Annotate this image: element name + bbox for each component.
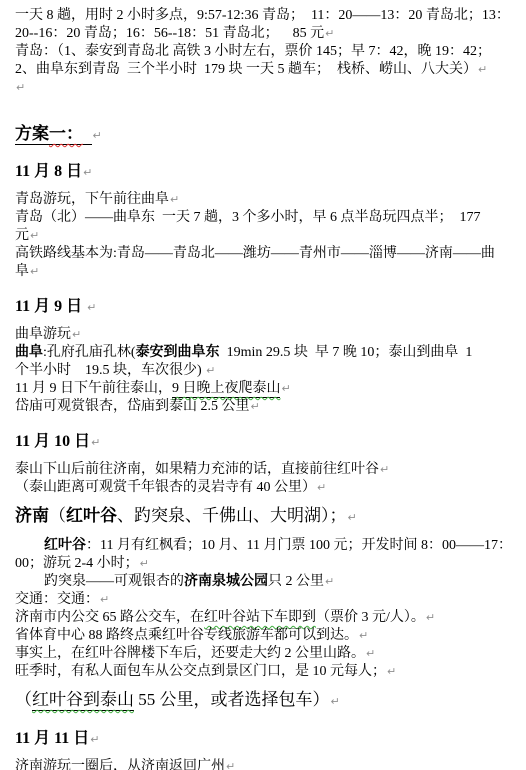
paragraph-mark-icon: ↵ [316,481,326,494]
text-line: 阜↵ [15,263,521,281]
text-line: 一天 8 趟，用时 2 小时多点，9:57-12:36 青岛； 11：20——1… [15,7,521,25]
text-segment: 00；游玩 2-4 小时； [15,556,139,571]
date-heading: 11 月 8 日↵ [15,162,521,183]
text-segment: 曲阜游玩 [15,327,71,342]
text-segment: 岱庙可观赏银杏，岱庙到泰山 2.5 公里 [15,399,250,414]
text-segment: 青岛游玩，下午前往曲阜 [15,192,169,207]
text-line: 2、曲阜东到青岛 三个半小时 179 块 一天 5 趟车； 栈桥、崂山、八大关）… [15,61,521,79]
text-segment: 高铁路线基本为:青岛——青岛北——潍坊——青州市——淄博——济南——曲 [15,246,495,261]
paragraph-mark-icon: ↵ [82,166,92,179]
text-segment: 泰安到曲阜东 [136,345,220,360]
text-line: 曲阜:孔府孔庙孔林(泰安到曲阜东 19min 29.5 块 早 7 晚 10；泰… [15,344,521,362]
text-segment: 20--16：20 青岛；16：56--18：51 青岛北； 85 元 [15,26,324,41]
text-segment: 11 月 9 日下午前往泰山， [15,381,172,396]
paragraph-mark-icon: ↵ [379,463,389,476]
text-segment: （ [15,690,32,709]
text-line: 济南市内公交 65 路公交车，在红叶谷站下车即到（票价 3 元/人）。↵ [15,609,521,627]
text-segment: 元 [15,228,29,243]
paragraph-mark-icon: ↵ [347,511,357,524]
document-body: 一天 8 趟，用时 2 小时多点，9:57-12:36 青岛； 11：20——1… [15,7,521,770]
text-segment: 济南 [15,506,49,525]
date-heading: 11 月 11 日↵ [15,729,521,750]
text-segment: 红叶谷 [44,538,86,553]
text-line: 11 月 9 日下午前往泰山，9 日晚上夜爬泰山↵ [15,380,521,398]
text-segment: 方案 [15,124,49,145]
text-line: 交通：交通：↵ [15,591,521,609]
text-segment: 19min 29.5 块 早 7 晚 10；泰山到曲阜 1 [220,345,473,360]
text-segment: 2、曲阜东到青岛 三个半小时 179 块 一天 5 趟车； 栈桥、崂山、八大关） [15,62,477,77]
paragraph-mark-icon: ↵ [324,575,334,588]
paragraph-mark-icon: ↵ [205,364,215,377]
paragraph-mark-icon: ↵ [330,695,340,708]
empty-line: ↵ [15,79,521,97]
text-segment: 红叶谷站下车即到 [204,610,316,625]
paragraph-mark-icon: ↵ [225,760,235,770]
text-segment: :孔府孔庙孔林( [43,345,136,360]
text-segment: 11 月 9 日 [15,298,86,315]
paragraph-mark-icon: ↵ [280,382,290,395]
text-line: 20--16：20 青岛；16：56--18：51 青岛北； 85 元↵ [15,25,521,43]
text-segment: 青岛（北）——曲阜东 一天 7 趟，3 个多小时，早 6 点半岛玩四点半； 17… [15,210,481,225]
text-line: 元↵ [15,227,521,245]
text-segment: 事实上，在红叶谷牌楼下车后，还要走大约 2 公里山路。 [15,646,365,661]
text-line: 事实上，在红叶谷牌楼下车后，还要走大约 2 公里山路。↵ [15,645,521,663]
text-segment: 11 月 8 日 [15,163,82,180]
text-line: 青岛：（1、泰安到青岛北 高铁 3 小时左右，票价 145；早 7：42，晚 1… [15,43,521,61]
text-segment: 阜 [15,264,29,279]
text-segment: 青岛：（1、泰安到青岛北 高铁 3 小时左右，票价 145；早 7：42，晚 1… [15,44,491,59]
text-line: 00；游玩 2-4 小时；↵ [15,555,521,573]
paragraph-mark-icon: ↵ [90,436,100,449]
paragraph-mark-icon: ↵ [71,328,81,341]
paragraph-mark-icon: ↵ [29,265,39,278]
text-line: 曲阜游玩↵ [15,326,521,344]
text-segment: 济南泉城公园 [184,574,268,589]
text-line: 青岛游玩，下午前往曲阜↵ [15,191,521,209]
text-segment: 个半小时 19.5 块，车次很少) [15,363,205,378]
text-segment: 曲阜 [15,345,43,360]
text-line: （泰山距离可观赏千年银杏的灵岩寺有 40 公里）↵ [15,479,521,497]
paragraph-mark-icon: ↵ [358,629,368,642]
date-heading: 11 月 9 日 ↵ [15,297,521,318]
text-segment: （ [49,506,66,525]
text-line: 济南游玩一圈后，从济南返回广州↵ [15,758,521,770]
text-line: 省体育中心 88 路终点乘红叶谷专线旅游车都可以到达。↵ [15,627,521,645]
text-segment: 红叶谷 [66,506,117,525]
text-line: 个半小时 19.5 块，车次很少) ↵ [15,362,521,380]
text-segment: 泰山下山后前往济南，如果精力充沛的话，直接前往红叶谷 [15,462,379,477]
paragraph-mark-icon: ↵ [92,129,102,142]
text-segment: 省体育中心 88 路终点乘红叶谷专线旅游车都可以到达。 [15,628,358,643]
text-segment: （票价 3 元/人）。 [316,610,425,625]
text-segment: 9 日晚上夜爬泰山 [172,381,281,398]
paragraph-mark-icon: ↵ [477,63,487,76]
highlight-line: 济南（红叶谷、趵突泉、千佛山、大明湖）；↵ [15,505,521,529]
paragraph-mark-icon: ↵ [15,81,25,94]
paragraph-mark-icon: ↵ [386,665,396,678]
paragraph-mark-icon: ↵ [99,593,109,606]
text-line: 红叶谷：11 月有红枫看；10 月、11 月门票 100 元；开发时间 8：00… [15,537,521,555]
paragraph-mark-icon: ↵ [324,27,334,40]
text-segment: ：11 月有红枫看；10 月、11 月门票 100 元；开发时间 8：00——1… [86,538,512,553]
text-line: 旺季时，有私人面包车从公交点到景区门口，是 10 元每人；↵ [15,663,521,681]
paragraph-mark-icon: ↵ [89,733,99,746]
text-segment: 11 月 10 日 [15,433,90,450]
text-line: 青岛（北）——曲阜东 一天 7 趟，3 个多小时，早 6 点半岛玩四点半； 17… [15,209,521,227]
text-segment: 交通：交通： [15,592,99,607]
text-line: 岱庙可观赏银杏，岱庙到泰山 2.5 公里↵ [15,398,521,416]
text-segment: （泰山距离可观赏千年银杏的灵岩寺有 40 公里） [15,480,316,495]
text-segment: 11 月 11 日 [15,730,89,747]
text-line: 趵突泉——可观银杏的济南泉城公园只 2 公里↵ [15,573,521,591]
plan-title: 方案一： ↵ [15,123,521,146]
text-segment: 趵突泉——可观银杏的 [44,574,184,589]
paragraph-mark-icon: ↵ [29,229,39,242]
text-segment: 一： [49,124,83,145]
text-segment: 济南市内公交 65 路公交车，在 [15,610,204,625]
text-segment: 、趵突泉、千佛山、大明湖）； [117,506,347,525]
paragraph-mark-icon: ↵ [169,193,179,206]
text-line: 泰山下山后前往济南，如果精力充沛的话，直接前往红叶谷↵ [15,461,521,479]
paragraph-mark-icon: ↵ [365,647,375,660]
text-segment: 55 公里，或者选择包车） [134,690,330,709]
paragraph-mark-icon: ↵ [425,611,435,624]
text-segment: 一天 8 趟，用时 2 小时多点，9:57-12:36 青岛； 11：20——1… [15,8,510,23]
paragraph-mark-icon: ↵ [86,301,96,314]
text-segment: 只 2 公里 [268,574,324,589]
text-segment: 济南游玩一圈后，从济南返回广州 [15,759,225,770]
highlight-line: （红叶谷到泰山 55 公里，或者选择包车）↵ [15,689,521,713]
text-segment: 红叶谷到泰山 [32,690,134,711]
date-heading: 11 月 10 日↵ [15,432,521,453]
text-line: 高铁路线基本为:青岛——青岛北——潍坊——青州市——淄博——济南——曲 [15,245,521,263]
paragraph-mark-icon: ↵ [250,400,260,413]
text-segment: 旺季时，有私人面包车从公交点到景区门口，是 10 元每人； [15,664,386,679]
text-segment [83,124,92,145]
paragraph-mark-icon: ↵ [139,557,149,570]
document-page: 一天 8 趟，用时 2 小时多点，9:57-12:36 青岛； 11：20——1… [0,0,526,770]
